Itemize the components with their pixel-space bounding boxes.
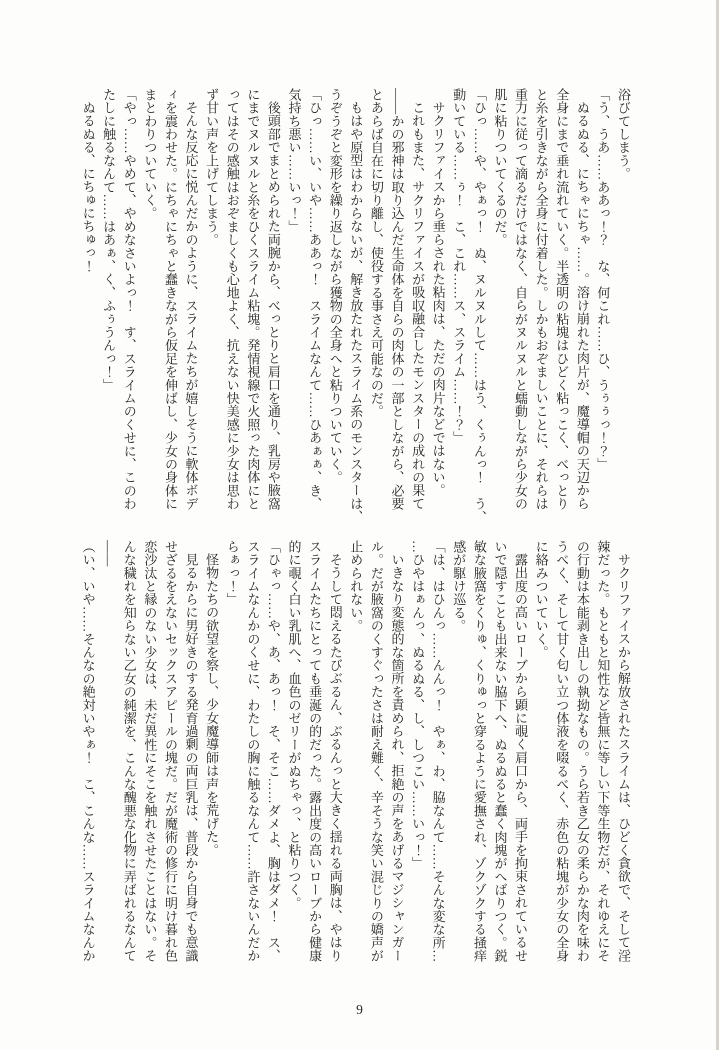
text-column: そうして悶えるたびぶるん、ぶるんっと大きく揺れる両胸は、やはり (324, 540, 345, 992)
text-column: 「は、はひんっ……んんっ！ やぁ、わ、脇なんて……そんな変な所… (427, 540, 448, 992)
text-column: 「やっ……やめて、やめなさいよっ！ す、スライムのくせに、このわ (118, 88, 139, 524)
top-text-block: 浴びてしまう。「う、うあ……ああっ！？ な、何これ……ひ、うぅぅっ！？」ぬるぬる… (77, 88, 633, 524)
text-column: 恋沙汰と縁のない少女は、未だ異性にそこを触れさせたことはない。そ (139, 540, 160, 992)
text-column: 露出度の高いローブから顕に覗く肩口から、両手を拘束されているせ (509, 540, 530, 992)
text-column: もはや原型はわからないが、解き放たれたスライム系のモンスターは、 (345, 88, 366, 524)
text-column: 敏な腋窩をくりゅ、くりゅっと穿るように愛撫され、ゾクゾクする掻痒 (468, 540, 489, 992)
text-column: 後頭部でまとめられた両腕から、べっとりと肩口を通り、乳房や腋窩 (262, 88, 283, 524)
text-column: んな穢れを知らない乙女の純潔を、こんな醜悪な化物に弄ばれるなんて (118, 540, 139, 992)
text-column: 気持ち悪い……いっ！」 (283, 88, 304, 524)
text-column: 肌に粘りついてくるのだ。 (489, 88, 510, 524)
text-column: ――かの邪神は取り込んだ生命体を自らの肉体の一部としながら、必要 (386, 88, 407, 524)
text-column: うぞうぞと変形を繰り返しながら獲物の全身へと粘りついていく。 (324, 88, 345, 524)
text-column: これもまた、サクリファイスが吸収融合したモンスターの成れの果て (406, 88, 427, 524)
text-column: そんな反応に悦んだかのように、スライムたちが嬉しそうに軟体ボデ (180, 88, 201, 524)
text-column: ぬるぬる、にちゃにちゃ……。溶け崩れた肉片が、魔導帽の天辺から (571, 88, 592, 524)
text-column: サクリファイスから解放されたスライムは、ひどく貪欲で、そして淫 (612, 540, 633, 992)
text-column: 感が駆け巡る。 (448, 540, 469, 992)
text-column: 動いている……ぅ！ こ、これ……ス、スライム……！？」 (448, 88, 469, 524)
text-column: 「ひっ……い、いや……ああっ！ スライムなんて……ひあぁぁ、き、 (304, 88, 325, 524)
text-column: とあらば自在に切り離し、使役する事さえ可能なのだ。 (365, 88, 386, 524)
text-column: スライムたちにとっても垂涎の的だった。露出度の高いローブから健康 (304, 540, 325, 992)
text-column: ル。だが腋窩のくすぐったさは耐え難く、辛そうな笑い混じりの嬌声が (365, 540, 386, 992)
text-column: 怪物たちの欲望を察し、少女魔導師は声を荒げた。 (201, 540, 222, 992)
text-column: に絡みついていく。 (530, 540, 551, 992)
text-column: 的に覗く白い乳肌へ、血色のゼリーがぬちゃっ、と粘りつく。 (283, 540, 304, 992)
text-column: と糸を引きながら全身に付着した。しかもおぞましいことに、それらは (530, 88, 551, 524)
text-column: …ひやはぁんっ、ぬるぬる、し、しつこい……いっ！」 (406, 540, 427, 992)
text-column: いで隠すことも出来ない脇下へ、ぬるぬると蠢く肉塊がへばりつく。鋭 (489, 540, 510, 992)
text-column: せざるをえないセックスアピールの塊だ。だが魔術の修行に明け暮れ色 (159, 540, 180, 992)
text-column: 止められない。 (345, 540, 366, 992)
text-column: サクリファイスから垂らされた粘肉は、ただの肉片などではない。 (427, 88, 448, 524)
bottom-text-block: サクリファイスから解放されたスライムは、ひどく貪欲で、そして淫辣だった。もともと… (77, 540, 633, 992)
text-column: 「ひっ……や、やぁっ！ ぬ、ヌルヌルして……はう、くぅんっ！ う、 (468, 88, 489, 524)
text-column: うべく、そして甘く匂い立つ体液を啜るべく、赤色の粘塊が少女の全身 (551, 540, 572, 992)
text-column: ず甘い声を上げてしまう。 (201, 88, 222, 524)
text-column: ってはその感触はおぞましくも心地よく、抗えない快美感に少女は思わ (221, 88, 242, 524)
text-column: の行動は本能剥き出しの執拗なもの。うら若き乙女の柔らかな肉を味わ (571, 540, 592, 992)
text-column: まとわりついていく。 (139, 88, 160, 524)
text-column: たしに触るなんて……はあぁ、く、ふぅうんっ！」 (98, 88, 119, 524)
text-column: 全身にまで垂れ流れていく。半透明の粘塊はひどく粘っこく、べっとり (551, 88, 572, 524)
page-number: 9 (0, 1002, 719, 1018)
scanned-book-page: 浴びてしまう。「う、うあ……ああっ！？ な、何これ……ひ、うぅぅっ！？」ぬるぬる… (0, 0, 719, 1050)
text-column: 浴びてしまう。 (612, 88, 633, 524)
text-column: 重力に従って滴るだけではなく、自らがヌルヌルと蠕動しながら少女の (509, 88, 530, 524)
text-column: ィを震わせた。にちゃにちゃと蠢きながら仮足を伸ばし、少女の身体に (159, 88, 180, 524)
text-column: いきなり変態的な箇所を責められ、拒絶の声をあげるマジシャンガー (386, 540, 407, 992)
text-column: らぁっ！」 (221, 540, 242, 992)
text-column: スライムなんかのくせに、わたしの胸に触るなんて……許さないんだか (242, 540, 263, 992)
text-column: ぬるぬる、にちゅにちゅっ！ (77, 88, 98, 524)
text-column: 辣だった。もともと知性など皆無に等しい下等生物だが、それゆえにそ (592, 540, 613, 992)
text-column: にまでヌルヌルと糸をひくスライム粘塊。発情視線で火照った肉体にと (242, 88, 263, 524)
text-column: （い、いや……そんなの絶対いやぁ！ こ、こんな……スライムなんか (77, 540, 98, 992)
text-column: 「ひゃっ……や、あ、あっ！ そ、そこ……ダメよ、胸はダメ！ ス、 (262, 540, 283, 992)
text-column: 「う、うあ……ああっ！？ な、何これ……ひ、うぅぅっ！？」 (592, 88, 613, 524)
text-column: ―― (98, 540, 119, 992)
text-column: 見るからに男好きのする発育過剰の両巨乳は、普段から自身でも意識 (180, 540, 201, 992)
